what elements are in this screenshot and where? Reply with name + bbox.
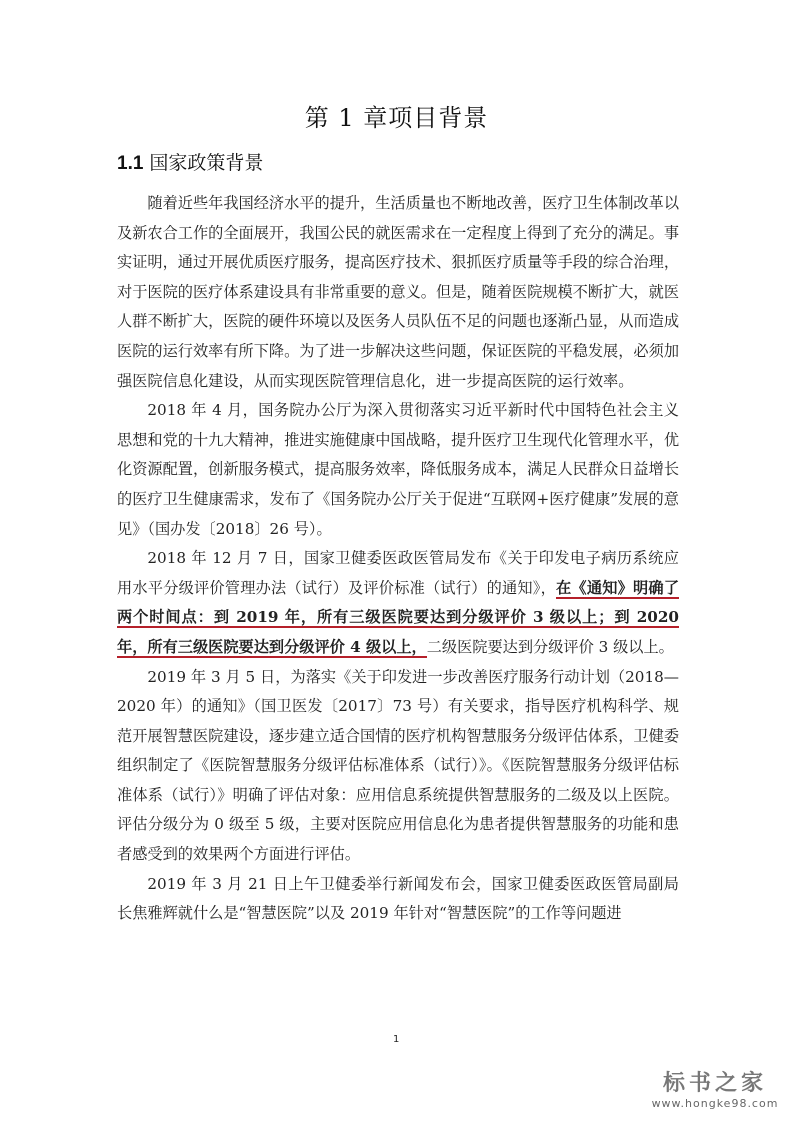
page-number: 1 [393,1034,399,1045]
paragraph: 2018 年 4 月，国务院办公厅为深入贯彻落实习近平新时代中国特色社会主义思想… [117,396,679,544]
paragraph: 随着近些年我国经济水平的提升，生活质量也不断地改善，医疗卫生体制改革以及新农合工… [117,189,679,396]
section-heading: 1.1国家政策背景 [117,148,263,175]
paragraph: 2019 年 3 月 5 日，为落实《关于印发进一步改善医疗服务行动计划（201… [117,663,679,870]
body-text: 随着近些年我国经济水平的提升，生活质量也不断地改善，医疗卫生体制改革以及新农合工… [117,189,679,929]
paragraph-with-highlight: 2018 年 12 月 7 日，国家卫健委医政医管局发布《关于印发电子病历系统应… [117,544,679,662]
document-page: 第 1 章项目背景 1.1国家政策背景 随着近些年我国经济水平的提升，生活质量也… [0,0,793,1122]
watermark-title: 标书之家 [640,1066,790,1097]
paragraph: 2019 年 3 月 21 日上午卫健委举行新闻发布会，国家卫健委医政医管局副局… [117,870,679,929]
paragraph-text: 二级医院要达到分级评价 3 级以上。 [427,638,674,656]
watermark-url: www.hongke98.com [640,1097,790,1110]
chapter-title: 第 1 章项目背景 [0,98,793,133]
section-number: 1.1 [117,153,143,174]
watermark-logo: 标书之家 www.hongke98.com [640,1066,790,1110]
section-title-text: 国家政策背景 [149,152,263,174]
